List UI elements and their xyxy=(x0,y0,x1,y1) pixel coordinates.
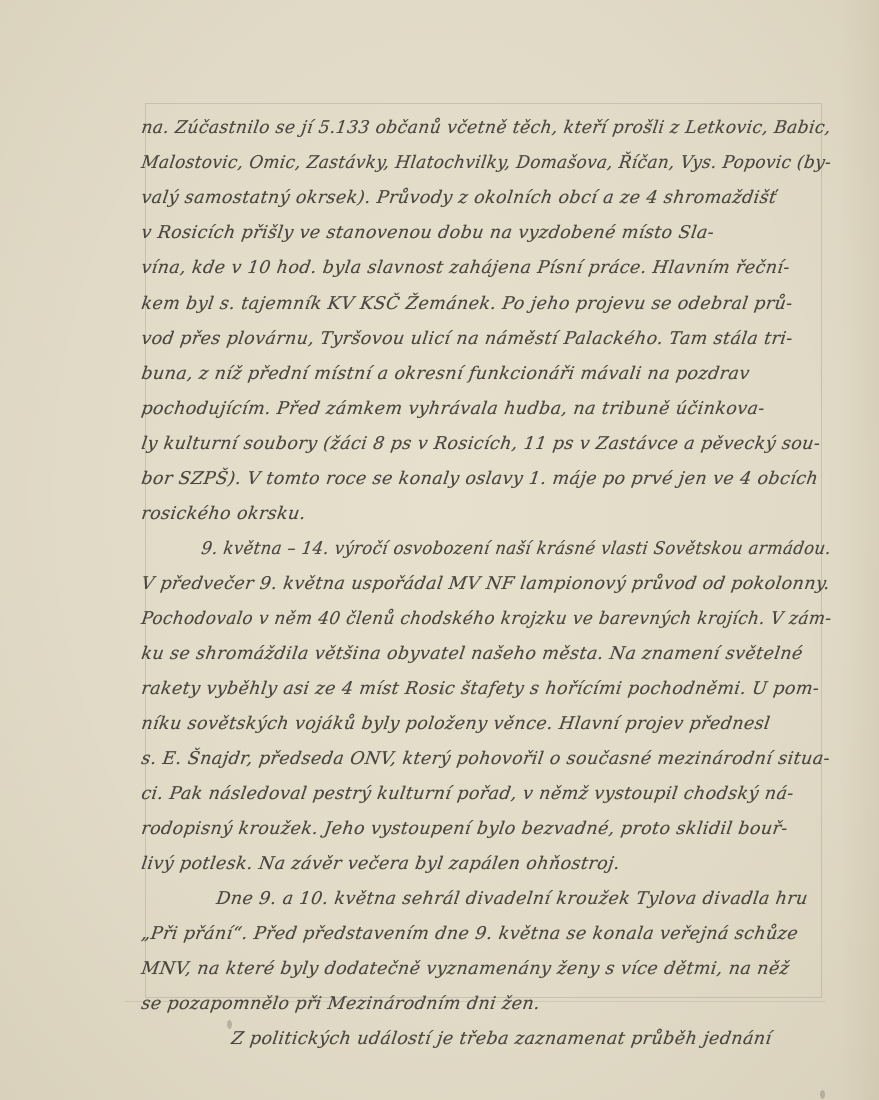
text-line: Pochodovalo v něm 40 členů chodského kro… xyxy=(140,609,833,629)
text-line: MNV, na které byly dodatečně vyznamenány… xyxy=(140,959,791,979)
paragraph-start-line: Z politických událostí je třeba zaznamen… xyxy=(230,1029,773,1049)
text-line: rakety vyběhly asi ze 4 míst Rosic štafe… xyxy=(140,679,821,699)
paragraph-start-line: Dne 9. a 10. května sehrál divadelní kro… xyxy=(215,889,809,909)
text-line: s. E. Šnajdr, předseda ONV, který pohovo… xyxy=(140,749,831,769)
paper-smudge xyxy=(227,1020,232,1029)
text-line: V předvečer 9. května uspořádal MV NF la… xyxy=(140,574,831,594)
text-line: buna, z níž přední místní a okresní funk… xyxy=(140,364,751,384)
document-page: na. Zúčastnilo se jí 5.133 občanů včetně… xyxy=(0,0,879,1100)
paper-smudge xyxy=(820,1090,825,1099)
text-line: rosického okrsku. xyxy=(140,504,307,524)
paragraph-start-line: 9. května – 14. výročí osvobození naší k… xyxy=(200,539,833,559)
text-line: v Rosicích přišly ve stanovenou dobu na … xyxy=(140,223,715,243)
text-line: rodopisný kroužek. Jeho vystoupení bylo … xyxy=(140,819,789,839)
text-line: na. Zúčastnilo se jí 5.133 občanů včetně… xyxy=(140,118,832,138)
text-line: Malostovic, Omic, Zastávky, Hlatochvilky… xyxy=(140,153,833,173)
text-line: ku se shromáždila většina obyvatel našeh… xyxy=(140,644,804,664)
text-line: vína, kde v 10 hod. byla slavnost zaháje… xyxy=(140,258,791,278)
text-line: „Při přání“. Před představením dne 9. kv… xyxy=(140,924,800,944)
text-line: níku sovětských vojáků byly položeny věn… xyxy=(140,714,772,734)
text-line: pochodujícím. Před zámkem vyhrávala hudb… xyxy=(140,399,766,419)
text-line: se pozapomnělo při Mezinárodním dni žen. xyxy=(140,994,541,1014)
text-line: valý samostatný okrsek). Průvody z okoln… xyxy=(140,188,778,208)
text-line: bor SZPŠ). V tomto roce se konaly oslavy… xyxy=(140,469,820,489)
text-line: livý potlesk. Na závěr večera byl zapále… xyxy=(140,854,621,874)
text-line: ci. Pak následoval pestrý kulturní pořad… xyxy=(140,784,795,804)
page-edge-shadow xyxy=(839,0,879,1100)
text-line: vod přes plovárnu, Tyršovou ulicí na nám… xyxy=(140,329,794,349)
text-line: kem byl s. tajemník KV KSČ Žemánek. Po j… xyxy=(140,294,794,314)
text-line: ly kulturní soubory (žáci 8 ps v Rosicíc… xyxy=(140,434,822,454)
